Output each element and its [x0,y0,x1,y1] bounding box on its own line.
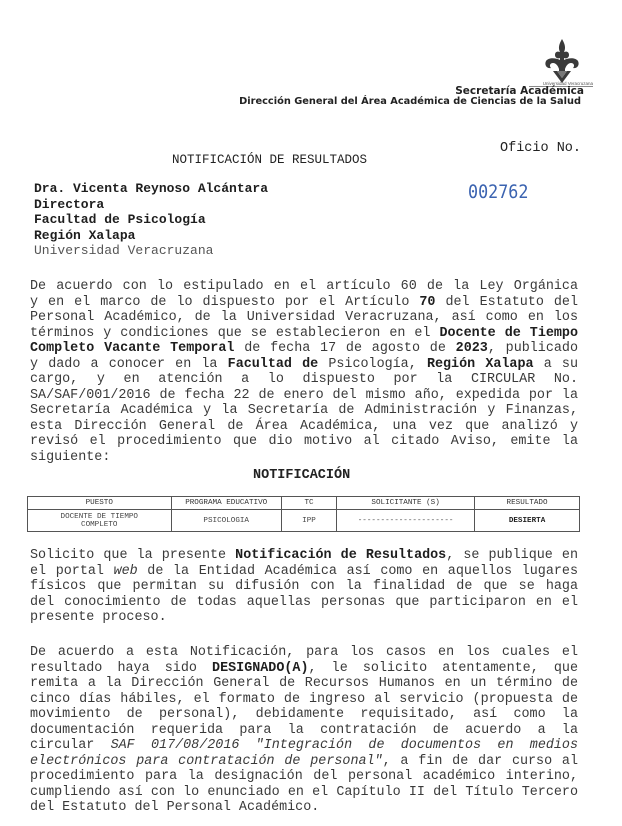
text-line: Solicito que la presente Notificación de… [30,548,578,564]
text-line: revisó el procedimiento que dio motivo a… [30,434,578,450]
col-header-tc: TC [281,497,336,510]
text-line: del conocimiento de todas aquellas perso… [30,595,578,611]
text-line: y en el marco de lo dispuesto por el Art… [30,295,578,311]
cell-programa: PSICOLOGIA [171,510,281,532]
text-line: y dado a conocer en la Facultad de Psico… [30,357,578,373]
col-header-solicitante: SOLICITANTE (S) [337,497,475,510]
text-line: siguiente: [30,450,578,466]
notification-heading: NOTIFICACIÓN [253,468,350,483]
text-line: SA/SAF/001/2016 de fecha 22 de enero del… [30,388,578,404]
addressee-faculty: Facultad de Psicología [34,212,268,228]
paragraph-intro: De acuerdo con lo estipulado en el artíc… [30,279,578,465]
results-table: PUESTO PROGRAMA EDUCATIVO TC SOLICITANTE… [27,496,580,532]
text-line: resultado haya sido DESIGNADO(A), le sol… [30,661,578,677]
text-line: presente proceso. [30,610,578,626]
addressee-position: Directora [34,197,268,213]
text-line: físicos que permitan su difusión con la … [30,579,578,595]
addressee-region: Región Xalapa [34,228,268,244]
text-line: del Estatuto del Personal Académico. [30,800,578,816]
table-header-row: PUESTO PROGRAMA EDUCATIVO TC SOLICITANTE… [28,497,580,510]
text-line: esta Dirección General de Área Académica… [30,419,578,435]
text-line: cinco días hábiles, el formato de ingres… [30,692,578,708]
paragraph-designation: De acuerdo a esta Notificación, para los… [30,645,578,816]
text-line: cargo, y en atención a lo dispuesto por … [30,372,578,388]
table-row: DOCENTE DE TIEMPOCOMPLETO PSICOLOGIA IPP… [28,510,580,532]
paragraph-publication: Solicito que la presente Notificación de… [30,548,578,626]
cell-puesto: DOCENTE DE TIEMPOCOMPLETO [28,510,172,532]
cell-solicitante: --------------------- [337,510,475,532]
text-line: el portal web de la Entidad Académica as… [30,564,578,580]
text-line: documentación requerida para la contrata… [30,723,578,739]
addressee-university: Universidad Veracruzana [34,243,268,259]
cell-resultado: DESIERTA [475,510,580,532]
oficio-label: Oficio No. [500,141,581,156]
oficio-number-stamp: 002762 [468,181,528,203]
addressee-name: Dra. Vicenta Reynoso Alcántara [34,181,268,197]
direccion-heading: Dirección General del Área Académica de … [239,96,581,107]
fleur-de-lis-icon [543,38,581,84]
addressee-block: Dra. Vicenta Reynoso Alcántara Directora… [34,181,268,259]
text-line: Personal Académico, de la Universidad Ve… [30,310,578,326]
cell-tc: IPP [281,510,336,532]
col-header-resultado: RESULTADO [475,497,580,510]
text-line: Completo Vacante Temporal de fecha 17 de… [30,341,578,357]
text-line: procedimiento para la designación del pe… [30,769,578,785]
text-line: electrónicos para contratación de person… [30,754,578,770]
text-line: términos y condiciones que se establecie… [30,326,578,342]
text-line: movimiento de personal), debidamente req… [30,707,578,723]
text-line: circular SAF 017/08/2016 "Integración de… [30,738,578,754]
text-line: De acuerdo con lo estipulado en el artíc… [30,279,578,295]
text-line: Secretaría Académica y la Secretaría de … [30,403,578,419]
text-line: remita a la Dirección General de Recurso… [30,676,578,692]
text-line: De acuerdo a esta Notificación, para los… [30,645,578,661]
col-header-programa: PROGRAMA EDUCATIVO [171,497,281,510]
col-header-puesto: PUESTO [28,497,172,510]
text-line: cumpliendo así con lo enunciado en el Ca… [30,785,578,801]
document-title: NOTIFICACIÓN DE RESULTADOS [172,153,367,167]
